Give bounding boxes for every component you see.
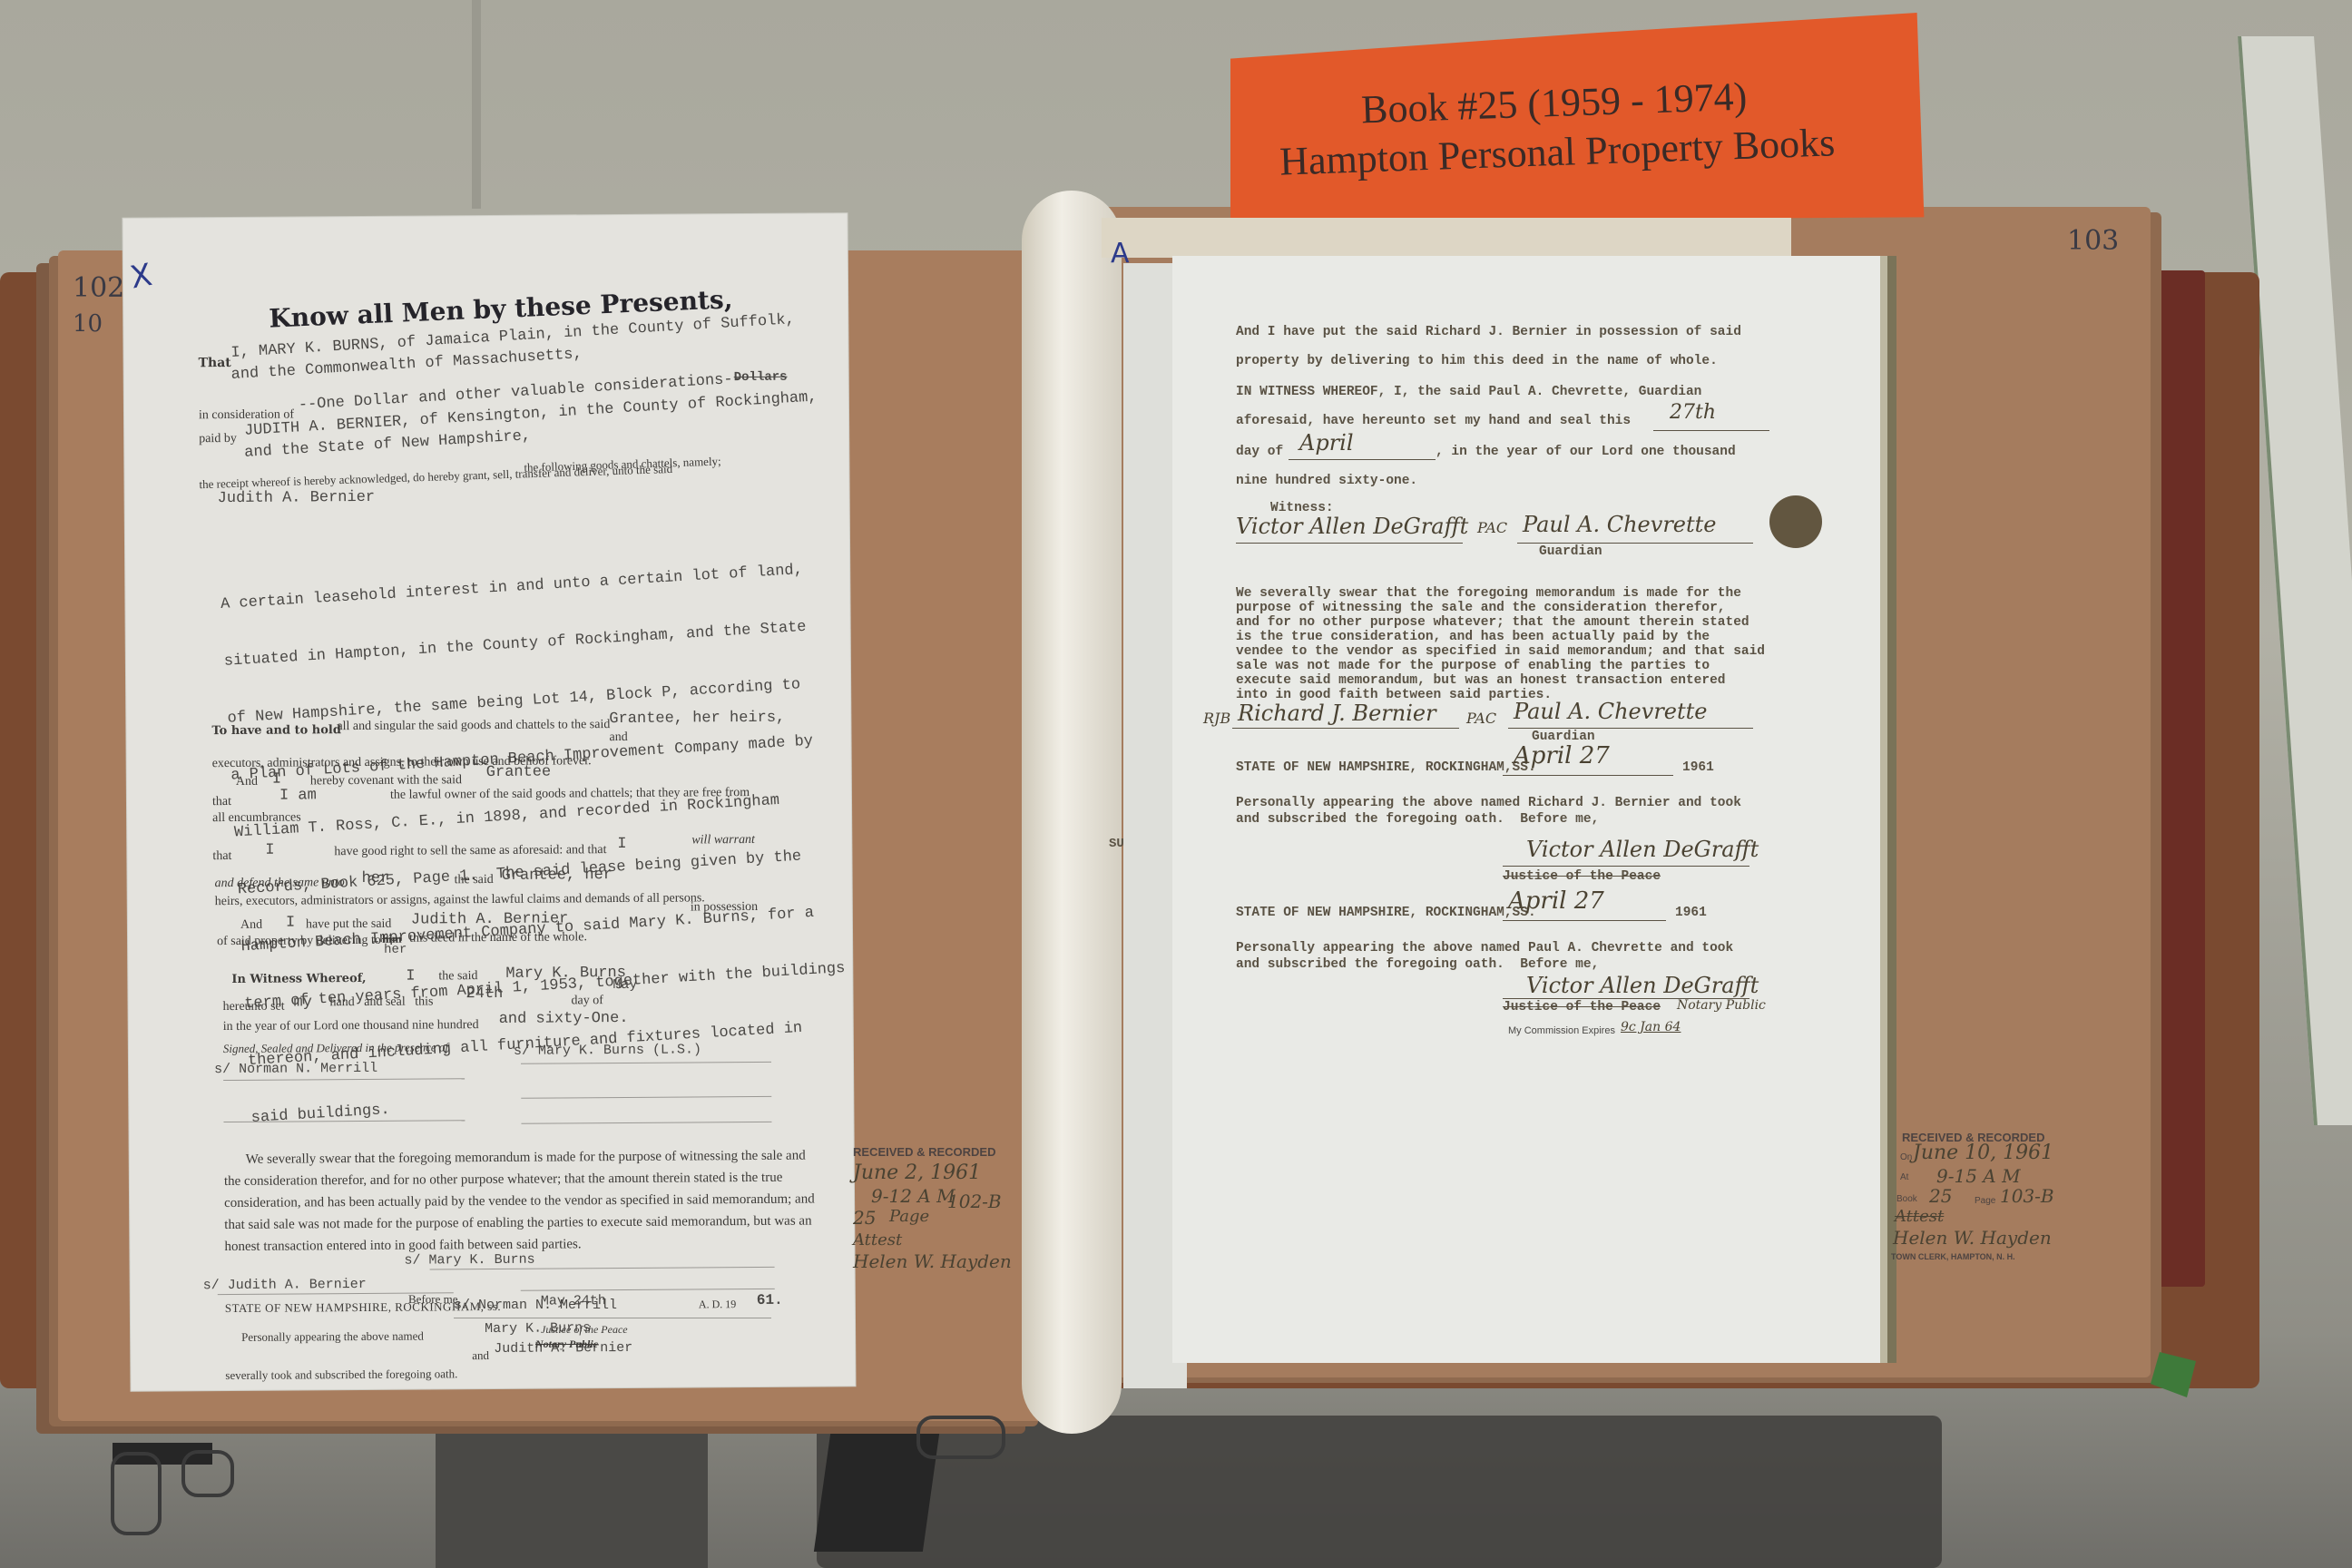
bill-of-sale-document: X Know all Men by these Presents, That I… <box>122 213 855 1391</box>
warrant-i: I <box>617 836 626 853</box>
margin-fragment-su: SU <box>1109 837 1124 851</box>
state-date-2: April 27 <box>1508 887 1604 915</box>
habendum-label: To have and to hold <box>211 723 341 738</box>
state-year-1: 1961 <box>1682 760 1714 775</box>
signature-line <box>1517 543 1753 544</box>
year-value: and sixty-One. <box>499 1010 629 1028</box>
year-line: nine hundred sixty-one. <box>1236 474 1417 488</box>
ad-year: 61. <box>757 1292 783 1308</box>
right-stamp-book: 25 <box>1929 1185 1952 1207</box>
good-right-text: have good right to sell the same as afor… <box>334 843 606 859</box>
binder-clip-handle <box>181 1450 234 1497</box>
delivering-her: her <box>384 943 407 957</box>
appearing-line: Personally appearing the above named Ric… <box>1236 795 1741 811</box>
desk-panel <box>472 0 481 209</box>
description-line: A certain leasehold interest in and unto… <box>220 560 822 614</box>
covenant-grantee: Grantee <box>486 764 552 781</box>
guardian-prefix: PAC <box>1477 519 1507 536</box>
right-stamp-page-label: Page <box>1975 1196 1995 1206</box>
notary-strike-left: Notary Public <box>535 1338 598 1351</box>
witness-the-said: the said <box>438 969 477 984</box>
year-text: in the year of our Lord one thousand nin… <box>223 1018 479 1034</box>
oath-line: purpose of witnessing the sale and the c… <box>1236 601 1765 615</box>
page-number-right: 103 <box>2067 225 2119 257</box>
rolled-page-spine <box>1022 191 1122 1434</box>
defend-text: and defend the same unto <box>215 876 345 891</box>
right-document-backing <box>1102 218 1791 258</box>
hand-seal-text: hand and seal this <box>329 995 433 1010</box>
delivering-rest: this deed in the name of the whole. <box>409 930 587 946</box>
signature-line <box>1508 728 1753 729</box>
oath-line: execute said memorandum, but was an hone… <box>1236 673 1765 688</box>
habendum-text: all and singular the said goods and chat… <box>337 718 610 734</box>
month-value: May <box>612 977 637 993</box>
appearing-paragraph-2: Personally appearing the above named Pau… <box>1236 940 1733 973</box>
oath-line: and for no other purpose whatever; that … <box>1236 615 1765 630</box>
right-stamp-footer: TOWN CLERK, HAMPTON, N. H. <box>1891 1252 2015 1261</box>
consideration-strike: Dollars <box>734 370 788 385</box>
oath-line: We severally swear that the foregoing me… <box>1236 586 1765 601</box>
day-line <box>1653 430 1769 431</box>
guardian-signature-2: Paul A. Chevrette <box>1514 699 1707 724</box>
binder-clip-handle <box>111 1452 162 1535</box>
witness-name: Mary K. Burns <box>505 965 626 983</box>
witness-label: In Witness Whereof, <box>231 972 366 986</box>
grantor-signature: s/ Mary K. Burns (L.S.) <box>514 1042 701 1058</box>
covenant-and: And <box>236 775 258 789</box>
oath-line: is the true consideration, and has been … <box>1236 630 1765 644</box>
signature-line <box>1503 866 1749 867</box>
guardian-signature: Paul A. Chevrette <box>1523 512 1716 537</box>
state-year-2: 1961 <box>1675 906 1707 920</box>
left-stamp-page-label: Page <box>889 1207 929 1226</box>
state-line-1: STATE OF NEW HAMPSHIRE, ROCKINGHAM,SS. <box>1236 760 1536 775</box>
that-label-2: that <box>212 849 231 864</box>
binder-clip-handle <box>916 1416 1005 1459</box>
paid-by-label: paid by <box>199 432 237 446</box>
vendee-prefix: RJB <box>1203 710 1230 727</box>
day-value: 24th <box>465 985 503 1003</box>
guardian-prefix-2: PAC <box>1466 710 1496 727</box>
right-stamp-attest: Attest <box>1895 1207 1944 1226</box>
appearing-line: and subscribed the foregoing oath. Befor… <box>1236 811 1741 828</box>
possession-line: And I have put the said Richard J. Berni… <box>1236 318 1741 347</box>
possession-name: Judith A. Bernier <box>411 910 569 928</box>
subscribed-text: severally took and subscribed the forego… <box>225 1367 457 1383</box>
witness-signature: Victor Allen DeGrafft <box>1236 514 1468 539</box>
possession-label: in possession <box>691 900 758 916</box>
right-stamp-date: June 10, 1961 <box>1913 1142 2053 1164</box>
notary-label: Notary Public <box>1677 998 1766 1013</box>
witness-line: IN WITNESS WHEREOF, I, the said Paul A. … <box>1236 385 1701 399</box>
covenant-text: hereby covenant with the said <box>310 773 462 789</box>
i-am: I am <box>279 787 317 804</box>
delivering-text: of said property by delivering to <box>217 934 381 949</box>
vendee-signature: Richard J. Bernier <box>1238 701 1436 726</box>
date-line <box>1503 775 1673 776</box>
right-stamp-book-label: Book <box>1896 1194 1917 1204</box>
encumbrances: all encumbrances <box>212 810 301 826</box>
justice-label-2: Justice of the Peace <box>1503 1000 1661 1014</box>
right-stamp-time: 9-15 A M <box>1936 1165 2021 1187</box>
oath-grantee-signature: s/ Judith A. Bernier <box>203 1277 367 1293</box>
signature-line <box>521 1289 775 1291</box>
covenant-i: I <box>272 771 281 789</box>
right-stamp-clerk: Helen W. Hayden <box>1893 1227 2052 1249</box>
oath-line: sale was not made for the purpose of ena… <box>1236 659 1765 673</box>
lawful-owner: the lawful owner of the said goods and c… <box>390 786 750 803</box>
grantor-prefix: That <box>199 356 231 370</box>
state-date-1: April 27 <box>1514 742 1610 769</box>
day-of-label: day of <box>1236 445 1283 459</box>
oath-line: vendee to the vendor as specified in sai… <box>1236 644 1765 659</box>
appearing-line: and subscribed the foregoing oath. Befor… <box>1236 956 1733 973</box>
guardian-deed-document: And I have put the said Richard J. Berni… <box>1172 256 1880 1363</box>
left-stamp-date: June 2, 1961 <box>853 1161 981 1184</box>
description-line: situated in Hampton, in the County of Ro… <box>223 617 825 671</box>
habendum-and: and <box>609 730 627 745</box>
left-stamp-attest: Attest <box>853 1230 902 1249</box>
corner-mark-x: X <box>128 257 155 297</box>
ad-label: A. D. 19 <box>699 1298 736 1311</box>
justice-signature-left: s/ Norman N. Merrill <box>454 1298 617 1313</box>
will-warrant: will warrant <box>691 833 755 848</box>
justice-label-1: Justice of the Peace <box>1503 869 1661 884</box>
oath-text: We severally swear that the foregoing me… <box>224 1144 824 1258</box>
date-line <box>1503 920 1666 921</box>
commission-value: 9c Jan 64 <box>1621 1020 1681 1034</box>
appearing-paragraph-1: Personally appearing the above named Ric… <box>1236 795 1741 828</box>
oath-paragraph: We severally swear that the foregoing me… <box>1236 586 1765 702</box>
aforesaid-line: aforesaid, have hereunto set my hand and… <box>1236 414 1631 428</box>
possession-i: I <box>286 914 295 931</box>
page-number-left: 102 <box>73 272 124 304</box>
day-handwritten: 27th <box>1670 401 1716 424</box>
appearing-text: Personally appearing the above named <box>241 1329 424 1345</box>
left-stamp-page: 102-B <box>947 1191 1002 1212</box>
commission-label: My Commission Expires <box>1508 1025 1615 1036</box>
defend-grantee: Grantee, her <box>502 867 613 885</box>
corner-mark-a: A <box>1111 238 1130 269</box>
justice-signature-2: Victor Allen DeGrafft <box>1526 973 1759 998</box>
hereunto-text: hereunto set <box>223 1000 285 1014</box>
have-put: have put the said <box>306 917 392 933</box>
right-stamp-on-label: On <box>1900 1152 1912 1162</box>
good-right-i: I <box>265 842 274 859</box>
justice-signature-1: Victor Allen DeGrafft <box>1526 837 1759 862</box>
left-stamp-title: RECEIVED & RECORDED <box>853 1145 995 1159</box>
month-line <box>1289 459 1436 460</box>
guardian-label: Guardian <box>1539 544 1602 559</box>
lord-line: , in the year of our Lord one thousand <box>1436 445 1736 459</box>
appearing-and: and <box>472 1348 489 1363</box>
hereunto-my: my <box>293 994 312 1011</box>
left-stamp-book: 25 <box>853 1207 876 1229</box>
defend-the-said: the said <box>455 873 494 887</box>
defend-her: her <box>362 870 390 887</box>
justice-title-left: Justice of the Peace <box>541 1323 628 1337</box>
that-label: that <box>212 795 231 809</box>
possession-and: And <box>240 918 262 933</box>
left-stamp-clerk: Helen W. Hayden <box>853 1250 1012 1272</box>
description-line: said buildings. <box>250 1073 852 1128</box>
signature-line <box>454 1318 771 1318</box>
grantee-name: Judith A. Bernier <box>218 489 376 507</box>
notary-seal <box>1769 495 1822 548</box>
habendum-typed: Grantee, her heirs, <box>609 710 785 728</box>
left-stamp-time: 9-12 A M <box>871 1185 955 1207</box>
appearing-line: Personally appearing the above named Pau… <box>1236 940 1733 956</box>
book-stand <box>436 1416 708 1568</box>
witness-signature: s/ Norman N. Merrill <box>214 1061 377 1077</box>
right-stamp-at-label: At <box>1900 1172 1908 1182</box>
signature-line <box>1236 543 1463 544</box>
signature-line <box>1232 728 1459 729</box>
oath-grantor-signature: s/ Mary K. Burns <box>404 1252 534 1269</box>
page-number-under: 10 <box>73 310 103 338</box>
possession-line: property by delivering to him this deed … <box>1236 347 1741 376</box>
day-of-label: day of <box>571 994 603 1008</box>
signed-sealed-label: Signed, Sealed and Delivered in the pres… <box>223 1040 448 1056</box>
month-handwritten: April <box>1299 430 1354 456</box>
possession-paragraph: And I have put the said Richard J. Berni… <box>1236 318 1741 376</box>
state-line-2: STATE OF NEW HAMPSHIRE, ROCKINGHAM,SS. <box>1236 906 1536 920</box>
witness-i: I <box>406 968 415 985</box>
right-stamp-page: 103-B <box>2000 1185 2054 1207</box>
